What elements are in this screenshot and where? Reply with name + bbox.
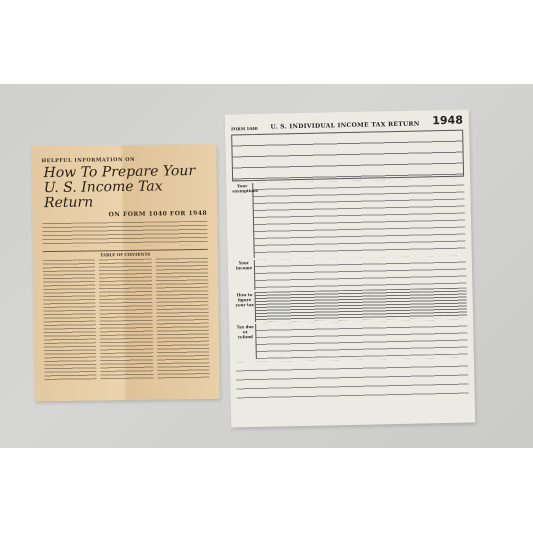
- pamphlet-title: How To Prepare Your U. S. Income Tax Ret…: [44, 164, 208, 211]
- taxpayer-info-box: [231, 130, 464, 182]
- tax-form-1040: FORM 1040 U. S. INDIVIDUAL INCOME TAX RE…: [225, 109, 476, 427]
- section-body: [254, 288, 467, 322]
- tax-pamphlet: HELPFUL INFORMATION ON How To Prepare Yo…: [31, 144, 220, 402]
- section-body: [254, 256, 467, 290]
- form-year: 1948: [432, 114, 463, 128]
- section-income: Your income: [234, 256, 467, 291]
- toc-column: [99, 259, 153, 380]
- section-body: [252, 179, 466, 258]
- section-label: Your exemptions: [232, 183, 254, 258]
- toc-column: [43, 259, 97, 380]
- pamphlet-title-line2: U. S. Income Tax Return: [44, 179, 207, 211]
- pamphlet-subtitle: ON FORM 1040 FOR 1948: [42, 210, 207, 219]
- signature-area: [236, 358, 469, 401]
- section-label: Your income: [234, 260, 255, 290]
- section-figure-tax: How to figure your tax: [234, 288, 467, 323]
- toc-title: TABLE OF CONTENTS: [43, 251, 208, 258]
- form-title: U. S. INDIVIDUAL INCOME TAX RETURN: [270, 121, 419, 131]
- pamphlet-intro-text: [42, 221, 207, 247]
- section-label: How to figure your tax: [234, 292, 255, 322]
- section-body: [255, 320, 468, 359]
- section-label: Tax due or refund: [235, 324, 256, 359]
- section-exemptions: Your exemptions: [232, 179, 466, 259]
- form-header: FORM 1040 U. S. INDIVIDUAL INCOME TAX RE…: [231, 114, 463, 132]
- toc-column: [155, 258, 209, 379]
- table-of-contents: [43, 258, 210, 380]
- section-tax-due: Tax due or refund: [235, 320, 468, 360]
- form-number: FORM 1040: [231, 126, 258, 132]
